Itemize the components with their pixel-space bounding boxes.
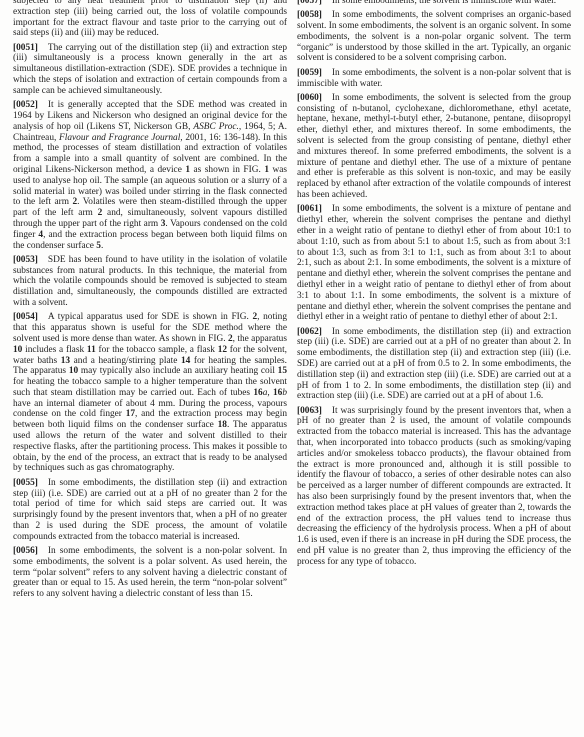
paragraph-text: Flavour and Fragrance Journal,: [59, 133, 183, 143]
paragraph-number: [0060]: [297, 93, 322, 103]
paragraph-text: In some embodiments, the solvent is a mi…: [297, 204, 571, 322]
paragraph-number: [0054]: [13, 312, 38, 322]
paragraph-text: 17: [126, 409, 135, 419]
paragraph-number: [0053]: [13, 255, 38, 265]
paragraph: [0053]SDE has been found to have utility…: [13, 255, 287, 309]
paragraph-text: In some embodiments, the solvent is immi…: [332, 0, 556, 6]
paragraph-text: 12: [218, 345, 227, 355]
paragraph: [0055]In some embodiments, the distillat…: [13, 478, 287, 543]
paragraph-text: 10: [69, 366, 78, 376]
paragraph-text: 14: [181, 356, 190, 366]
paragraph: subjected to any heat treatment prior to…: [13, 0, 287, 39]
paragraph-text: and a heating/stirring plate: [70, 356, 181, 366]
paragraph-number: [0062]: [297, 327, 322, 337]
paragraph-number: [0052]: [13, 100, 38, 110]
paragraph-text: In some embodiments, the solvent compris…: [297, 10, 571, 63]
paragraph-text: In some embodiments, the distillation st…: [13, 478, 287, 542]
paragraph: [0062]In some embodiments, the distillat…: [297, 327, 571, 403]
paragraph-text: In some embodiments, the solvent is a no…: [13, 546, 287, 599]
paragraph-text: subjected to any heat treatment prior to…: [13, 0, 287, 38]
paragraph-text: 18: [218, 420, 227, 430]
paragraph: [0051]The carrying out of the distillati…: [13, 43, 287, 97]
paragraph: [0052]It is generally accepted that the …: [13, 100, 287, 251]
paragraph-text: In some embodiments, the distillation st…: [297, 327, 571, 402]
paragraph-text: .: [101, 241, 103, 251]
paragraph-text: 16: [273, 388, 282, 398]
paragraph: [0054]A typical apparatus used for SDE i…: [13, 312, 287, 474]
paragraph-text: , the apparatus: [233, 334, 287, 344]
document-page: subjected to any heat treatment prior to…: [0, 0, 584, 604]
paragraph-number: [0051]: [13, 43, 38, 53]
paragraph-text: b: [282, 388, 287, 398]
paragraph: [0060]In some embodiments, the solvent i…: [297, 93, 571, 201]
paragraph-text: It was surprisingly found by the present…: [297, 406, 571, 567]
paragraph: [0058]In some embodiments, the solvent c…: [297, 10, 571, 64]
paragraph: [0061]In some embodiments, the solvent i…: [297, 204, 571, 323]
paragraph-number: [0061]: [297, 204, 322, 214]
paragraph-text: as shown in FIG.: [190, 165, 264, 175]
paragraph-text: 15: [278, 366, 287, 376]
paragraph: [0056]In some embodiments, the solvent i…: [13, 546, 287, 600]
paragraph-number: [0058]: [297, 10, 322, 20]
left-column: subjected to any heat treatment prior to…: [13, 0, 287, 604]
paragraph-number: [0055]: [13, 478, 38, 488]
paragraph-text: SDE has been found to have utility in th…: [13, 255, 287, 308]
paragraph-text: , and the extraction process began betwe…: [13, 230, 287, 251]
paragraph-text: for heating the tobacco sample to a high…: [13, 377, 287, 398]
paragraph-text: In some embodiments, the solvent is a no…: [297, 68, 571, 89]
paragraph-text: The carrying out of the distillation ste…: [13, 43, 287, 96]
paragraph-text: 16: [253, 388, 262, 398]
paragraph-text: In some embodiments, the solvent is sele…: [297, 93, 571, 200]
paragraph-number: [0063]: [297, 406, 322, 416]
paragraph-text: may typically also include an auxiliary …: [78, 366, 278, 376]
paragraph: [0063]It was surprisingly found by the p…: [297, 406, 571, 568]
paragraph-number: [0056]: [13, 546, 38, 556]
paragraph-text: for the tobacco sample, a flask: [96, 345, 218, 355]
paragraph-number: [0059]: [297, 68, 322, 78]
right-column: [0057]In some embodiments, the solvent i…: [297, 0, 571, 604]
paragraph: [0059]In some embodiments, the solvent i…: [297, 68, 571, 90]
paragraph-text: A typical apparatus used for SDE is show…: [48, 312, 253, 322]
paragraph-text: 13: [61, 356, 70, 366]
paragraph-text: 11: [87, 345, 96, 355]
paragraph-text: ASBC Proc.,: [193, 122, 241, 132]
paragraph-text: includes a flask: [22, 345, 87, 355]
paragraph-text: 10: [13, 345, 22, 355]
paragraph: [0057]In some embodiments, the solvent i…: [297, 0, 571, 7]
paragraph-number: [0057]: [297, 0, 322, 6]
